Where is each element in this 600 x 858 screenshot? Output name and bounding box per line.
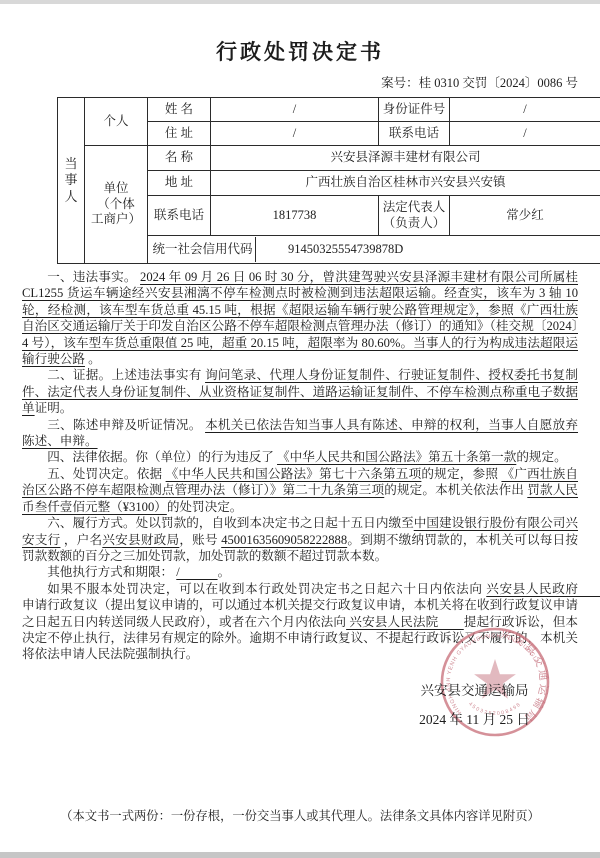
credit-code-cell: 统一社会信用代码 91450325554739878D (148, 236, 600, 264)
body-paragraph: 其他执行方式和期限： / 。 (22, 564, 578, 580)
addr-label-cell: 住 址 (148, 122, 211, 146)
decision-body-text: 一、违法事实。 2024 年 09 月 26 日 06 时 30 分，曾洪建驾驶… (22, 269, 578, 663)
body-paragraph: 二、证据。上述违法事实有 询问笔录、代理人身份证复制件、行驶证复制件、授权委托书… (22, 367, 578, 416)
phone-value-cell: / (450, 122, 600, 146)
body-paragraph: 一、违法事实。 2024 年 09 月 26 日 06 时 30 分，曾洪建驾驶… (22, 269, 578, 367)
name-value-cell: / (211, 98, 379, 122)
phone-label-cell: 联系电话 (379, 122, 450, 146)
table-row: 当 事 人 个人 姓 名 / 身份证件号 / (58, 98, 600, 122)
id-value-cell: / (450, 98, 600, 122)
unit-addr-value-cell: 广西壮族自治区桂林市兴安县兴安镇 (211, 171, 600, 196)
body-paragraph: 四、法律依据。你（单位）的行为违反了 《中华人民共和国公路法》第五十条第一款的规… (22, 449, 578, 465)
name-label-cell: 姓 名 (148, 98, 211, 122)
party-info-table: 当 事 人 个人 姓 名 / 身份证件号 / 住 址 / 联系电话 / 单位 （… (57, 97, 600, 264)
signoff-block: 兴安县交通运输局 2024 年 11 月 25 日 (392, 676, 557, 734)
unit-name-label-cell: 名 称 (148, 146, 211, 171)
penalty-decision-document: 行政处罚决定书 案号：桂 0310 交罚〔2024〕0086 号 当 事 人 个… (0, 0, 600, 858)
unit-phone-label-cell: 联系电话 (148, 196, 211, 236)
credit-code-value: 91450325554739878D (256, 242, 598, 258)
individual-group-cell: 个人 (85, 98, 148, 146)
scan-edge-top (0, 0, 600, 4)
unit-name-value-cell: 兴安县泽源丰建材有限公司 (211, 146, 600, 171)
footer-note: （本文书一式两份：一份存根，一份交当事人或其代理人。法律条文具体内容详见附页） (0, 806, 600, 824)
credit-code-label: 统一社会信用代码 (150, 237, 256, 262)
body-paragraph: 三、陈述申辩及听证情况。 本机关已依法告知当事人具有陈述、申辩的权利，当事人自愿… (22, 417, 578, 450)
unit-addr-label-cell: 地 址 (148, 171, 211, 196)
legal-rep-value-cell: 常少红 (450, 196, 600, 236)
case-number: 案号：桂 0310 交罚〔2024〕0086 号 (0, 73, 600, 91)
unit-phone-value-cell: 1817738 (211, 196, 379, 236)
table-row: 单位 （个体 工商户） 名 称 兴安县泽源丰建材有限公司 (58, 146, 600, 171)
body-paragraph: 六、履行方式。处以罚款的，自收到本决定书之日起十五日内缴至中国建设银行股份有限公… (22, 515, 578, 564)
id-label-cell: 身份证件号 (379, 98, 450, 122)
legal-rep-label-cell: 法定代表人 （负责人） (379, 196, 450, 236)
issuing-agency: 兴安县交通运输局 (392, 676, 557, 705)
addr-value-cell: / (211, 122, 379, 146)
document-title: 行政处罚决定书 (0, 0, 600, 66)
unit-group-cell: 单位 （个体 工商户） (85, 146, 148, 264)
scan-edge-bottom (0, 852, 600, 858)
issue-date: 2024 年 11 月 25 日 (392, 705, 557, 734)
party-label-cell: 当 事 人 (58, 98, 85, 264)
body-paragraph: 五、处罚决定。依据 《中华人民共和国公路法》第七十六条第五项的规定，参照 《广西… (22, 466, 578, 515)
